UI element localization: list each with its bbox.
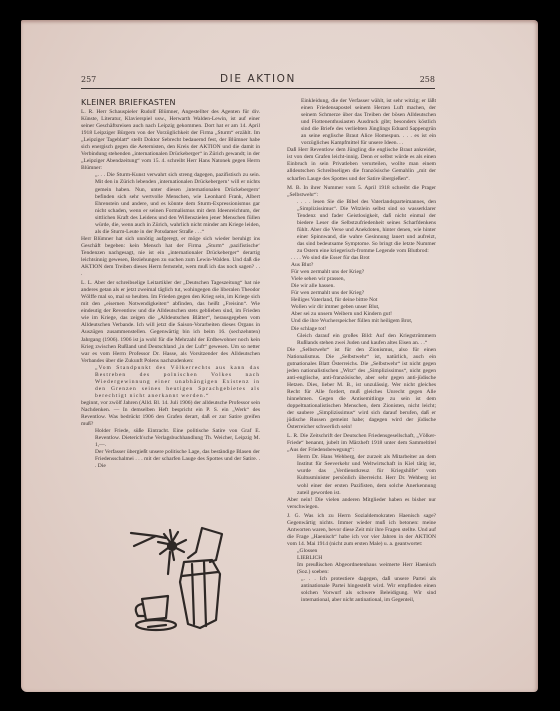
block-quote: Einkleidung, die der Verfasser wählt, is… [287, 98, 436, 147]
block-quote: Der Verfasser übergießt unsere politisch… [81, 449, 260, 470]
paragraph: L. L. Aber der schreibselige Leitartikle… [81, 280, 260, 365]
still-life-woodcut-icon [126, 524, 256, 634]
block-quote: „. . . Die Sturm-Kunst verwahrt sich str… [81, 172, 260, 235]
glossen-label: „Glossen [287, 548, 436, 555]
paragraph: Im preußischen Abgeordnetenhaus weimerte… [287, 562, 436, 576]
paragraph: Aber nein! Die vielen anderen Mitglieder… [287, 497, 436, 511]
left-column: KLEINER BRIEFKASTEN L. R. Herr Schauspie… [81, 98, 260, 470]
page-header: 257 DIE AKTION 258 [81, 72, 435, 86]
block-quote: Herrn Dr. Hans Wehberg, der zurzeit als … [287, 454, 436, 496]
paragraph: L. R. Herr Schauspieler Rudolf Blümner, … [81, 109, 260, 172]
block-quote: „Vom Standpunkt des Völkerrechts aus kan… [81, 365, 260, 400]
poem-line: . . . . Wo sind die Esser für das Brot [291, 255, 436, 262]
paragraph: J. G. Was ich zu Herrn Sozialdemokraten … [287, 513, 436, 548]
paragraph: Daß Herr Reventlow dem Jüngling die engl… [287, 147, 436, 182]
poem-line: Aus Blut? [291, 262, 436, 269]
poem-line: Wollen wir dir immer geben unser Blut, [291, 304, 436, 311]
poem: . . . . Wo sind die Esser für das BrotAu… [287, 255, 436, 333]
block-quote: „. . . Ich protestiere dagegen, daß unse… [287, 576, 436, 604]
glossen-title: LIEBLICH [287, 555, 436, 562]
paragraph: M. B. In ihrer Nummer vom 5. April 1918 … [287, 185, 436, 199]
paragraph: beginnt, vor zwölf Jahren (Alld. Bl. 14.… [81, 400, 260, 428]
block-quote: Gleich darauf ein großes Bild: Auf den K… [287, 333, 436, 347]
poem-line: Heiliges Vaterland, für deine bittre Not [291, 297, 436, 304]
section-heading: KLEINER BRIEFKASTEN [81, 98, 260, 108]
paragraph: L. R. Die Zeitschrift der Deutschen Frie… [287, 433, 436, 454]
page-number-right: 258 [420, 75, 435, 84]
poem-line: Die wir alle hassen. [291, 283, 436, 290]
paragraph: Die „Selbstwehr“ ist für den Zionismus, … [287, 347, 436, 432]
block-quote: Holder Friede, süße Eintracht. Eine poli… [81, 428, 260, 449]
poem-line: Und die ihre Wucherspeicher füllen mit h… [291, 318, 436, 325]
poem-line: Die schlage tot! [291, 326, 436, 333]
paragraph: Herr Blümner hat sich unnötig aufgeregt,… [81, 236, 260, 278]
poem-line: Für wen zermahlt uns der Krieg? [291, 269, 436, 276]
right-column: Einkleidung, die der Verfasser wählt, is… [287, 98, 436, 604]
block-quote: . . . . lesen Sie die Bibel des Vaterlan… [287, 199, 436, 255]
header-rule [81, 88, 435, 89]
poem-line: Viele sehen wir prassen, [291, 276, 436, 283]
publication-title: DIE AKTION [81, 73, 435, 85]
